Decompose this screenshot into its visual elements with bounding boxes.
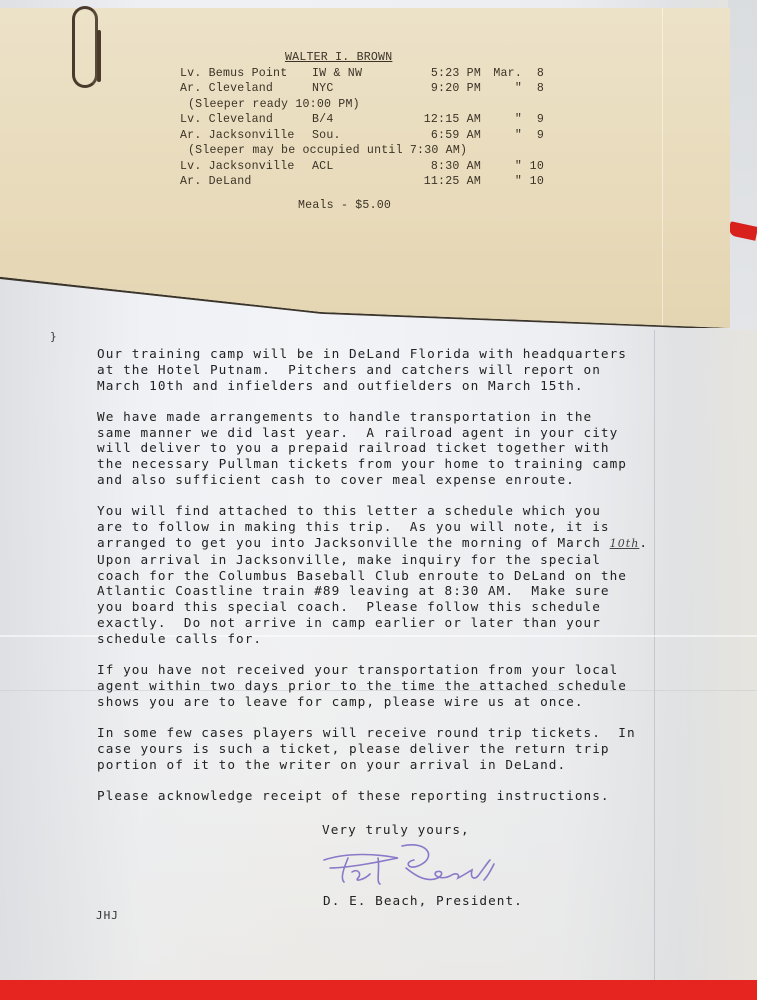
letter-line: Upon arrival in Jacksonville, make inqui… <box>97 552 717 568</box>
schedule-station: Ar. Cleveland <box>180 81 273 97</box>
typist-initials: JHJ <box>96 909 119 922</box>
schedule-month: " <box>480 128 522 144</box>
letter-paragraph: In some few cases players will receive r… <box>97 725 717 772</box>
letter-line: case yours is such a ticket, please deli… <box>97 741 717 757</box>
schedule-time: 12:15 AM <box>405 112 481 128</box>
letter-line: portion of it to the writer on your arri… <box>97 757 717 773</box>
schedule-day: 8 <box>522 81 544 97</box>
letter-line: You will find attached to this letter a … <box>97 503 717 519</box>
red-border-band <box>0 980 757 1000</box>
schedule-time: 5:23 PM <box>405 66 481 82</box>
letter-line: schedule calls for. <box>97 631 717 647</box>
letter-line: agent within two days prior to the time … <box>97 678 717 694</box>
schedule-railroad: IW & NW <box>312 66 362 82</box>
letter-line: Please acknowledge receipt of these repo… <box>97 788 717 804</box>
letter-paragraph: We have made arrangements to handle tran… <box>97 409 717 488</box>
schedule-railroad: Sou. <box>312 128 341 144</box>
meals-allowance: Meals - $5.00 <box>298 198 391 214</box>
schedule-railroad: B/4 <box>312 112 333 128</box>
paperclip-icon <box>97 30 101 82</box>
letter-line: are to follow in making this trip. As yo… <box>97 519 717 535</box>
schedule-day: 10 <box>522 174 544 190</box>
letter-paragraph: You will find attached to this letter a … <box>97 503 717 646</box>
schedule-month: Mar. <box>480 66 522 82</box>
margin-mark: } <box>50 330 57 343</box>
schedule-station: Ar. DeLand <box>180 174 252 190</box>
letter-line: at the Hotel Putnam. Pitchers and catche… <box>97 362 717 378</box>
paperclip-icon <box>72 6 98 88</box>
letter-paragraph: Our training camp will be in DeLand Flor… <box>97 346 717 393</box>
letter-line: If you have not received your transporta… <box>97 662 717 678</box>
backing-sheet <box>728 0 757 330</box>
letter-line: We have made arrangements to handle tran… <box>97 409 717 425</box>
letter-body: Our training camp will be in DeLand Flor… <box>97 346 717 819</box>
schedule-time: 11:25 AM <box>405 174 481 190</box>
signature-icon <box>318 838 508 890</box>
letter-line: same manner we did last year. A railroad… <box>97 425 717 441</box>
letter-line: coach for the Columbus Baseball Club enr… <box>97 568 717 584</box>
letter-line: March 10th and infielders and outfielder… <box>97 378 717 394</box>
letter-line: Atlantic Coastline train #89 leaving at … <box>97 583 717 599</box>
schedule-month: " <box>480 112 522 128</box>
schedule-day: 9 <box>522 128 544 144</box>
letter-line: you board this special coach. Please fol… <box>97 599 717 615</box>
handwritten-date: 10th <box>610 537 640 550</box>
letter-line: Our training camp will be in DeLand Flor… <box>97 346 717 362</box>
schedule-day: 10 <box>522 159 544 175</box>
schedule-railroad: ACL <box>312 159 333 175</box>
schedule-day: 9 <box>522 112 544 128</box>
letter-line: will deliver to you a prepaid railroad t… <box>97 440 717 456</box>
letter-line: In some few cases players will receive r… <box>97 725 717 741</box>
letter-paragraph: If you have not received your transporta… <box>97 662 717 709</box>
fold-crease <box>662 8 663 328</box>
schedule-note: (Sleeper may be occupied until 7:30 AM) <box>188 143 467 159</box>
schedule-railroad: NYC <box>312 81 333 97</box>
closing: Very truly yours, <box>322 822 470 837</box>
letter-paragraph: Please acknowledge receipt of these repo… <box>97 788 717 804</box>
letter-line: shows you are to leave for camp, please … <box>97 694 717 710</box>
letter-line: arranged to get you into Jacksonville th… <box>97 535 601 550</box>
signer-name: D. E. Beach, President. <box>323 893 523 908</box>
schedule-station: Ar. Jacksonville <box>180 128 295 144</box>
schedule-time: 9:20 PM <box>405 81 481 97</box>
schedule-time: 6:59 AM <box>405 128 481 144</box>
schedule-note: (Sleeper ready 10:00 PM) <box>188 97 360 113</box>
schedule-day: 8 <box>522 66 544 82</box>
letter-line: the necessary Pullman tickets from your … <box>97 456 717 472</box>
schedule-title: WALTER I. BROWN <box>285 50 392 66</box>
schedule-month: " <box>480 159 522 175</box>
schedule-time: 8:30 AM <box>405 159 481 175</box>
schedule-month: " <box>480 81 522 97</box>
schedule-station: Lv. Jacksonville <box>180 159 295 175</box>
schedule-station: Lv. Cleveland <box>180 112 273 128</box>
letter-line: exactly. Do not arrive in camp earlier o… <box>97 615 717 631</box>
schedule-station: Lv. Bemus Point <box>180 66 287 82</box>
schedule-month: " <box>480 174 522 190</box>
letter-line: and also sufficient cash to cover meal e… <box>97 472 717 488</box>
